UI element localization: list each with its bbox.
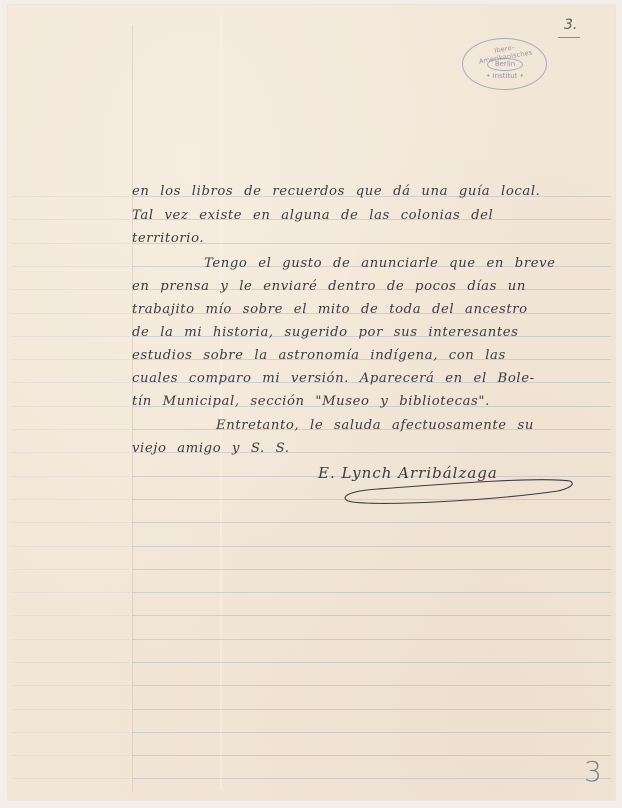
ruled-line-margin: [12, 755, 130, 756]
ruled-line: [132, 778, 611, 779]
handwritten-line: tín Municipal, sección "Museo y bibliote…: [132, 394, 490, 409]
handwritten-line: cuales comparo mi versión. Aparecerá en …: [132, 371, 535, 386]
ruled-line-margin: [12, 546, 130, 547]
ruled-line: [132, 546, 611, 547]
handwritten-line: trabajito mío sobre el mito de toda del …: [132, 302, 528, 317]
ruled-line: [132, 755, 611, 756]
ruled-line: [132, 709, 611, 710]
ruled-line-margin: [12, 499, 130, 500]
page-number-top: 3.: [564, 17, 577, 33]
handwritten-line: Entretanto, le saluda afectuosamente su: [216, 418, 534, 433]
ruled-line-margin: [12, 522, 130, 523]
handwritten-line: viejo amigo y S. S.: [132, 441, 290, 456]
ruled-line-margin: [12, 685, 130, 686]
ruled-line-margin: [12, 336, 130, 337]
ruled-line-margin: [12, 615, 130, 616]
ruled-line-margin: [12, 243, 130, 244]
handwritten-line: en prensa y le enviaré dentro de pocos d…: [132, 279, 526, 294]
ruled-line-margin: [12, 359, 130, 360]
ruled-line: [132, 592, 611, 593]
ruled-line-margin: [12, 592, 130, 593]
ruled-line-margin: [12, 266, 130, 267]
handwritten-line: en los libros de recuerdos que dá una gu…: [132, 184, 540, 199]
letter-page: 3. Ibero-Amerikanisches Berlin • Institu…: [8, 5, 615, 800]
handwritten-line: estudios sobre la astronomía indígena, c…: [132, 348, 506, 363]
ruled-line: [132, 732, 611, 733]
ruled-line-margin: [12, 662, 130, 663]
ruled-line: [132, 615, 611, 616]
ruled-line: [132, 662, 611, 663]
stamp-middle-text: Berlin: [487, 58, 523, 71]
ruled-line-margin: [12, 709, 130, 710]
ruled-line-margin: [12, 382, 130, 383]
ruled-line: [132, 569, 611, 570]
ruled-line-margin: [12, 196, 130, 197]
ruled-line-margin: [12, 429, 130, 430]
institute-stamp: Ibero-Amerikanisches Berlin • Institut •: [462, 38, 547, 90]
page-number-bottom: 3: [584, 755, 602, 788]
ruled-line-margin: [12, 639, 130, 640]
ruled-line: [132, 522, 611, 523]
ruled-line-margin: [12, 406, 130, 407]
stamp-bottom-text: • Institut •: [471, 72, 539, 80]
handwritten-line: territorio.: [132, 231, 204, 246]
ruled-line-margin: [12, 476, 130, 477]
page-number-underline: [558, 37, 580, 38]
ruled-line-margin: [12, 778, 130, 779]
handwritten-line: Tengo el gusto de anunciarle que en brev…: [204, 256, 556, 271]
handwritten-line: de la mi historia, sugerido por sus inte…: [132, 325, 519, 340]
ruled-line-margin: [12, 219, 130, 220]
handwritten-line: Tal vez existe en alguna de las colonias…: [132, 208, 493, 223]
ruled-line-margin: [12, 289, 130, 290]
ruled-line-margin: [12, 452, 130, 453]
ruled-line: [132, 685, 611, 686]
ruled-line-margin: [12, 313, 130, 314]
ruled-line: [132, 639, 611, 640]
ruled-line-margin: [12, 569, 130, 570]
signature-flourish: [338, 477, 578, 507]
ruled-line-margin: [12, 732, 130, 733]
